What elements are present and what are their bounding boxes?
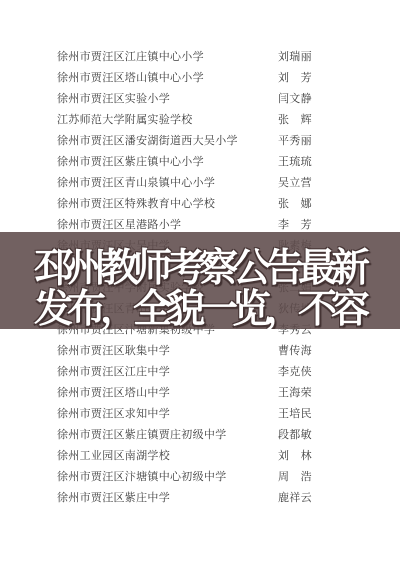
teacher-name-cell: 段都敏	[278, 425, 312, 446]
teacher-name-cell: 刘 芳	[278, 68, 312, 89]
school-name-cell: 徐州市贾汪区实验小学	[57, 89, 170, 110]
table-row: 徐州市贾汪区紫庄镇中心小学 王琉琉	[0, 152, 400, 173]
teacher-name-cell: 曹传海	[278, 341, 312, 362]
teacher-name-cell: 王琉琉	[278, 152, 312, 173]
teacher-name-cell: 王海荣	[278, 383, 312, 404]
school-name-cell: 徐州市贾汪区青山泉镇中心小学	[57, 173, 215, 194]
document-page: 徐州市贾汪区江庄镇中心小学 刘瑞丽 徐州市贾汪区塔山镇中心小学 刘 芳 徐州市贾…	[0, 0, 400, 565]
teacher-name-cell: 张 娜	[278, 194, 312, 215]
school-name-cell: 徐州市贾汪区紫庄镇贾庄初级中学	[57, 425, 227, 446]
school-name-cell: 徐州工业园区南湖学校	[57, 446, 170, 467]
table-row: 徐州市贾汪区紫庄中学 鹿祥云	[0, 488, 400, 509]
teacher-name-cell: 李克侠	[278, 362, 312, 383]
table-row: 徐州市贾汪区潘安湖街道西大吴小学 平秀丽	[0, 131, 400, 152]
table-row: 徐州市贾汪区塔山中学 王海荣	[0, 383, 400, 404]
headline-banner: 邳州教师考察公告最新 发布，全貌一览，不容	[0, 232, 400, 329]
school-name-cell: 徐州市贾汪区求知中学	[57, 404, 170, 425]
table-row: 徐州市贾汪区实验小学 闫文静	[0, 89, 400, 110]
table-row: 徐州市贾汪区塔山镇中心小学 刘 芳	[0, 68, 400, 89]
school-name-cell: 徐州市贾汪区江庄中学	[57, 362, 170, 383]
table-row: 江苏师范大学附属实验学校 张 辉	[0, 110, 400, 131]
table-row: 徐州市贾汪区江庄中学 李克侠	[0, 362, 400, 383]
school-name-cell: 徐州市贾汪区潘安湖街道西大吴小学	[57, 131, 238, 152]
table-row: 徐州市贾汪区特殊教育中心学校 张 娜	[0, 194, 400, 215]
table-row: 徐州工业园区南湖学校 刘 林	[0, 446, 400, 467]
headline-line1: 邳州教师考察公告最新	[34, 248, 400, 289]
teacher-name-cell: 吴立营	[278, 173, 312, 194]
school-name-cell: 徐州市贾汪区紫庄镇中心小学	[57, 152, 204, 173]
teacher-name-cell: 闫文静	[278, 89, 312, 110]
teacher-name-cell: 周 浩	[278, 467, 312, 488]
teacher-name-cell: 鹿祥云	[278, 488, 312, 509]
table-row: 徐州市贾汪区耿集中学 曹传海	[0, 341, 400, 362]
table-row: 徐州市贾汪区紫庄镇贾庄初级中学 段都敏	[0, 425, 400, 446]
teacher-name-cell: 王培民	[278, 404, 312, 425]
school-name-cell: 徐州市贾汪区江庄镇中心小学	[57, 47, 204, 68]
table-row: 徐州市贾汪区江庄镇中心小学 刘瑞丽	[0, 47, 400, 68]
table-row: 徐州市贾汪区求知中学 王培民	[0, 404, 400, 425]
school-name-cell: 徐州市贾汪区紫庄中学	[57, 488, 170, 509]
school-name-cell: 徐州市贾汪区特殊教育中心学校	[57, 194, 215, 215]
school-name-cell: 徐州市贾汪区耿集中学	[57, 341, 170, 362]
school-name-cell: 徐州市贾汪区塔山镇中心小学	[57, 68, 204, 89]
table-row: 徐州市贾汪区汴塘镇中心初级中学 周 浩	[0, 467, 400, 488]
table-row: 徐州市贾汪区青山泉镇中心小学 吴立营	[0, 173, 400, 194]
teacher-name-cell: 刘 林	[278, 446, 312, 467]
school-name-cell: 徐州市贾汪区汴塘镇中心初级中学	[57, 467, 227, 488]
school-name-cell: 江苏师范大学附属实验学校	[57, 110, 193, 131]
headline-line2: 发布，全貌一览，不容	[34, 289, 400, 329]
teacher-name-cell: 刘瑞丽	[278, 47, 312, 68]
teacher-name-cell: 张 辉	[278, 110, 312, 131]
teacher-name-cell: 平秀丽	[278, 131, 312, 152]
school-name-cell: 徐州市贾汪区塔山中学	[57, 383, 170, 404]
